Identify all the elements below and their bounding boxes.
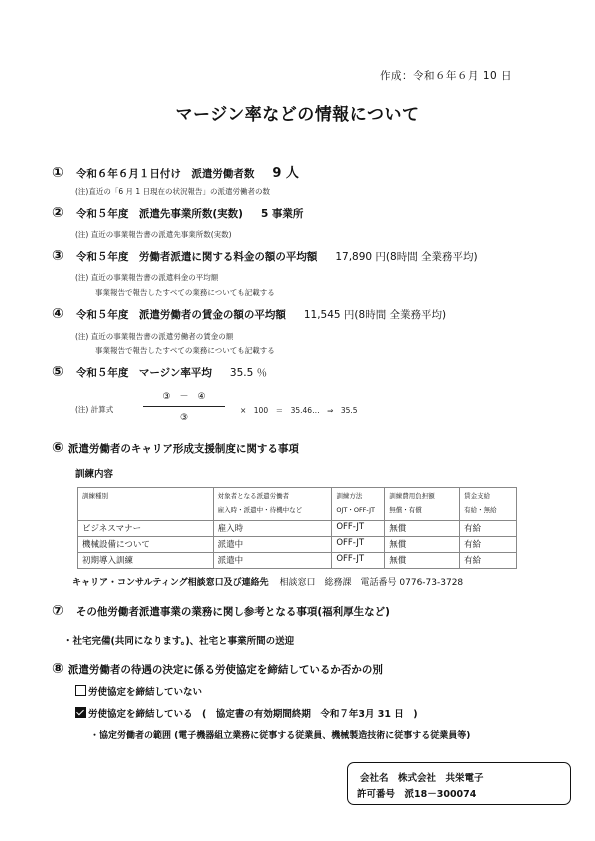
- training-content-label: 訓練内容: [75, 466, 113, 480]
- circled-number-6: ⑥: [52, 440, 64, 456]
- license-number: 許可番号 派18－300074: [357, 786, 476, 800]
- option-not-concluded: 労使協定を締結していない: [75, 684, 202, 698]
- section-4-value: 11,545 円(8時間 全業務平均): [304, 309, 446, 321]
- cell-target: 派遣中: [213, 553, 332, 569]
- section-2-value: 5 事業所: [261, 208, 303, 220]
- section-5-value: 35.5 ％: [230, 367, 267, 379]
- section-8-label: 派遣労働者の待遇の決定に係る労使協定を締結しているか否かの別: [68, 664, 383, 676]
- section-4-note-2: 事業報告で報告したすべての業務についても記載する: [95, 345, 275, 356]
- section-3-note-2: 事業報告で報告したすべての業務についても記載する: [95, 287, 275, 298]
- cell-wage: 有給: [460, 537, 517, 553]
- cell-wage: 有給: [460, 521, 517, 537]
- checkbox-concluded[interactable]: [75, 707, 86, 718]
- section-3-heading: ③令和５年度 労働者派遣に関する料金の額の平均額17,890 円(8時間 全業務…: [52, 248, 478, 264]
- company-info-box: 会社名 株式会社 共栄電子 許可番号 派18－300074: [347, 762, 571, 805]
- section-1-value: 9 人: [272, 166, 299, 181]
- circled-number-2: ②: [52, 205, 64, 221]
- option-concluded: 労使協定を締結している ( 協定書の有効期間終期 令和７年3月 31 日 ): [75, 706, 418, 720]
- cell-training-type: 機械設備について: [78, 537, 214, 553]
- checkbox-not-concluded[interactable]: [75, 685, 86, 696]
- cell-cost: 無償: [385, 537, 460, 553]
- agreement-worker-scope: ・協定労働者の範囲 (電子機器組立業務に従事する従業員、機械製造技術に従事する従…: [90, 728, 470, 741]
- margin-formula-fraction: ③ － ④ ③: [143, 389, 225, 423]
- section-1-label: 令和６年６月１日付け 派遣労働者数: [76, 168, 255, 180]
- circled-number-3: ③: [52, 248, 64, 264]
- table-row: 機械設備について 派遣中 OFF-JT 無償 有給: [78, 537, 517, 553]
- table-header-row: 訓練種別 対象者となる派遣労働者雇入時・派遣中・待機中など 訓練方法OJT・OF…: [78, 488, 517, 521]
- section-7-heading: ⑦その他労働者派遣事業の業務に関し参考となる事項(福利厚生など): [52, 603, 390, 619]
- welfare-item: ・社宅完備(共同になります。)、社宅と事業所間の送迎: [63, 633, 294, 647]
- section-4-note-1: (注) 直近の事業報告書の派遣労働者の賃金の額: [75, 331, 233, 342]
- header-training-cost: 訓練費用負担額無償・有償: [385, 488, 460, 521]
- section-2-label: 令和５年度 派遣先事業所数(実数): [76, 208, 243, 220]
- cell-method: OFF-JT: [332, 537, 385, 553]
- section-6-label: 派遣労働者のキャリア形成支援制度に関する事項: [68, 443, 299, 455]
- page-title: マージン率などの情報について: [0, 100, 595, 125]
- header-training-method: 訓練方法OJT・OFF-JT: [332, 488, 385, 521]
- option-concluded-label: 労使協定を締結している ( 協定書の有効期間終期 令和７年3月 31 日 ): [88, 709, 418, 720]
- cell-cost: 無償: [385, 521, 460, 537]
- formula-label: (注) 計算式: [75, 404, 113, 415]
- table-row: 初期導入訓練 派遣中 OFF-JT 無償 有給: [78, 553, 517, 569]
- cell-target: 雇入時: [213, 521, 332, 537]
- section-2-note: (注) 直近の事業報告書の派遣先事業所数(実数): [75, 229, 232, 240]
- section-5-heading: ⑤令和５年度 マージン率平均35.5 ％: [52, 364, 267, 380]
- circled-number-7: ⑦: [52, 603, 64, 619]
- section-8-heading: ⑧派遣労働者の待遇の決定に係る労使協定を締結しているか否かの別: [52, 661, 383, 677]
- section-3-value: 17,890 円(8時間 全業務平均): [335, 251, 477, 263]
- cell-cost: 無償: [385, 553, 460, 569]
- option-not-concluded-label: 労使協定を締結していない: [88, 687, 202, 698]
- company-name: 会社名 株式会社 共栄電子: [360, 770, 484, 784]
- table-row: ビジネスマナー 雇入時 OFF-JT 無償 有給: [78, 521, 517, 537]
- section-3-label: 令和５年度 労働者派遣に関する料金の額の平均額: [76, 251, 318, 263]
- fraction-bar: [143, 406, 225, 407]
- header-training-type: 訓練種別: [78, 488, 214, 521]
- circled-number-4: ④: [52, 306, 64, 322]
- section-1-heading: ①令和６年６月１日付け 派遣労働者数9 人: [52, 162, 299, 181]
- header-target-workers: 対象者となる派遣労働者雇入時・派遣中・待機中など: [213, 488, 332, 521]
- cell-target: 派遣中: [213, 537, 332, 553]
- cell-method: OFF-JT: [332, 553, 385, 569]
- section-4-heading: ④令和５年度 派遣労働者の賃金の額の平均額11,545 円(8時間 全業務平均): [52, 306, 446, 322]
- section-2-heading: ②令和５年度 派遣先事業所数(実数)5 事業所: [52, 205, 303, 221]
- creation-date: 作成：令和６年６月 10 日: [380, 68, 512, 83]
- section-5-label: 令和５年度 マージン率平均: [76, 367, 212, 379]
- cell-method: OFF-JT: [332, 521, 385, 537]
- section-1-note: (注)直近の「6 月 1 日現在の状況報告」の派遣労働者の数: [75, 186, 270, 197]
- section-3-note-1: (注) 直近の事業報告書の派遣料金の平均額: [75, 272, 218, 283]
- cell-wage: 有給: [460, 553, 517, 569]
- career-consulting-contact: キャリア・コンサルティング相談窓口及び連絡先 相談窓口 総務課 電話番号 077…: [72, 575, 463, 588]
- section-6-heading: ⑥派遣労働者のキャリア形成支援制度に関する事項: [52, 440, 299, 456]
- contact-value: 相談窓口 総務課 電話番号 0776-73-3728: [280, 578, 464, 588]
- contact-label: キャリア・コンサルティング相談窓口及び連絡先: [72, 578, 269, 588]
- section-4-label: 令和５年度 派遣労働者の賃金の額の平均額: [76, 309, 286, 321]
- formula-result: × 100 ＝ 35.46… ⇒ 35.5: [240, 405, 358, 416]
- section-7-label: その他労働者派遣事業の業務に関し参考となる事項(福利厚生など): [76, 606, 390, 618]
- cell-training-type: 初期導入訓練: [78, 553, 214, 569]
- circled-number-5: ⑤: [52, 364, 64, 380]
- training-table: 訓練種別 対象者となる派遣労働者雇入時・派遣中・待機中など 訓練方法OJT・OF…: [77, 487, 517, 569]
- header-wage-payment: 賃金支給有給・無給: [460, 488, 517, 521]
- circled-number-1: ①: [52, 165, 64, 181]
- cell-training-type: ビジネスマナー: [78, 521, 214, 537]
- circled-number-8: ⑧: [52, 661, 64, 677]
- formula-numerator: ③ － ④: [143, 389, 225, 402]
- formula-denominator: ③: [143, 413, 225, 423]
